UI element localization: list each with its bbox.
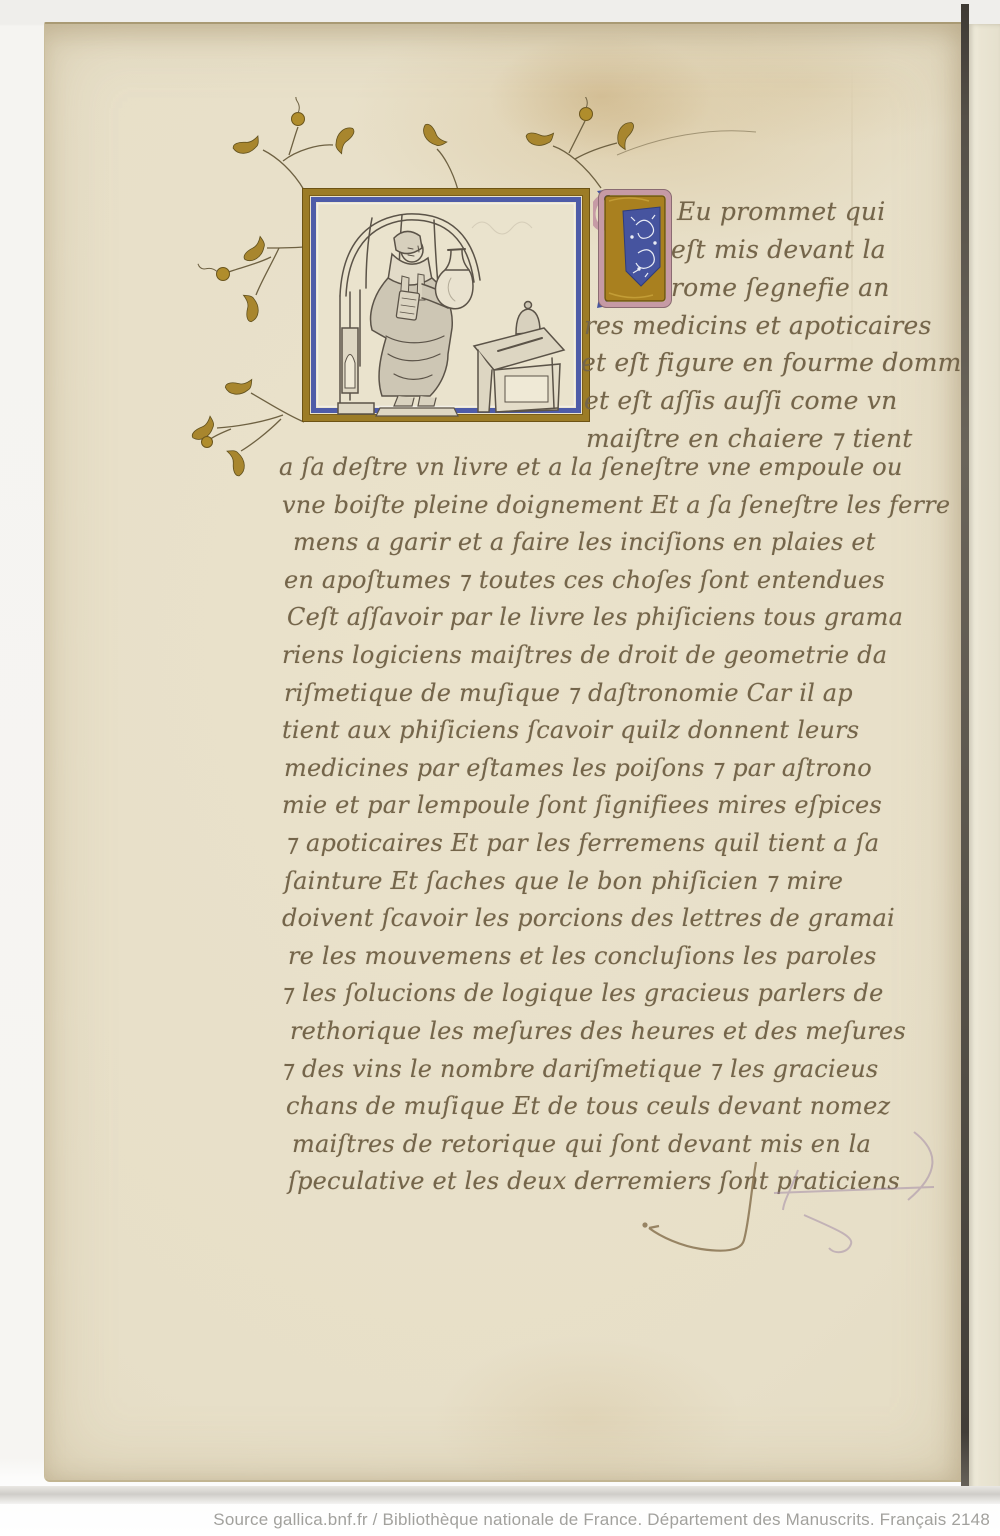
text-line: re les mouvemens et les concluſions les …	[288, 943, 877, 969]
book-gutter	[961, 4, 969, 1492]
text-line: ⁊ les ſolucions de logique les gracieus …	[282, 980, 884, 1006]
source-caption: Source gallica.bnf.fr / Bibliothèque nat…	[0, 1504, 990, 1536]
ivy-leaf-icon	[331, 126, 360, 154]
text-line: mens a garir et a faire les inciſions en…	[293, 529, 876, 555]
ink-flourish	[642, 1162, 756, 1251]
gold-bezant-icon	[292, 97, 305, 126]
text-line: en apoſtumes ⁊ toutes ces choſes ſont en…	[284, 567, 885, 593]
text-line: eſt mis devant la	[671, 236, 886, 264]
manuscript-page: Eu prommet qui eſt mis devant la rome ſe…	[44, 22, 965, 1482]
gold-bezant-icon	[197, 264, 230, 281]
source-caption-text: Source gallica.bnf.fr / Bibliothèque nat…	[213, 1510, 990, 1530]
text-line: tient aux phiſiciens ſcavoir quilz donne…	[282, 717, 859, 743]
gold-bezant-icon	[580, 97, 593, 121]
text-line: rethorique les meſures des heures et des…	[290, 1018, 906, 1044]
facing-page-edge	[969, 24, 1000, 1492]
text-line: rome ſegnefie an	[671, 274, 890, 302]
photo-edge-shadow	[0, 1486, 1000, 1504]
ivy-leaf-icon	[423, 123, 447, 147]
text-line: et eſt aſſis auſſi come vn	[584, 387, 897, 415]
text-line: riens logiciens maiſtres de droit de geo…	[282, 642, 887, 668]
text-line: medicines par eſtames les poiſons ⁊ par …	[284, 755, 872, 781]
text-line: Eu prommet qui	[677, 198, 885, 226]
ivy-leaf-icon	[224, 370, 254, 400]
book	[396, 291, 420, 321]
text-line: ⁊ apoticaires Et par les ferremens quil …	[286, 830, 879, 856]
text-line: a ſa deſtre vn livre et a la ſeneſtre vn…	[279, 454, 903, 480]
miniature-physician-illustration	[302, 188, 590, 422]
ivy-leaf-icon	[241, 236, 267, 262]
gold-bezant-icon	[202, 437, 213, 448]
illuminated-initial-d	[593, 185, 675, 311]
text-line: Ceſt aſſavoir par le livre les phiſicien…	[287, 604, 903, 630]
text-line: vne boiſte pleine doignement Et a ſa ſen…	[282, 492, 950, 518]
text-line: maiſtre en chaiere ⁊ tient	[586, 425, 913, 453]
text-line: chans de muſique Et de tous ceuls devant…	[286, 1093, 890, 1119]
text-line: ⁊ des vins le nombre dariſmetique ⁊ les …	[282, 1056, 878, 1082]
ivy-leaf-icon	[234, 293, 264, 323]
text-line: doivent ſcavoir les porcions des lettres…	[282, 905, 895, 931]
purple-scribble	[774, 1132, 934, 1252]
ivy-leaf-icon	[612, 121, 642, 151]
ivy-leaf-icon	[232, 129, 261, 157]
text-line: et eſt figure en fourme domme	[581, 349, 977, 377]
ivy-leaf-icon	[191, 416, 215, 440]
ivy-leaf-icon	[524, 121, 555, 152]
ivy-leaf-icon	[220, 448, 248, 477]
text-line: mie et par lempoule ſont ſignifiees mire…	[282, 792, 882, 818]
pen-trials	[601, 1122, 961, 1292]
text-line: riſmetique de muſique ⁊ daſtronomie Car …	[284, 680, 853, 706]
text-line: ſainture Et ſaches que le bon phiſicien …	[284, 868, 843, 894]
photo-background: Eu prommet qui eſt mis devant la rome ſe…	[0, 0, 1000, 1536]
text-line: res medicins et apoticaires	[584, 312, 932, 340]
